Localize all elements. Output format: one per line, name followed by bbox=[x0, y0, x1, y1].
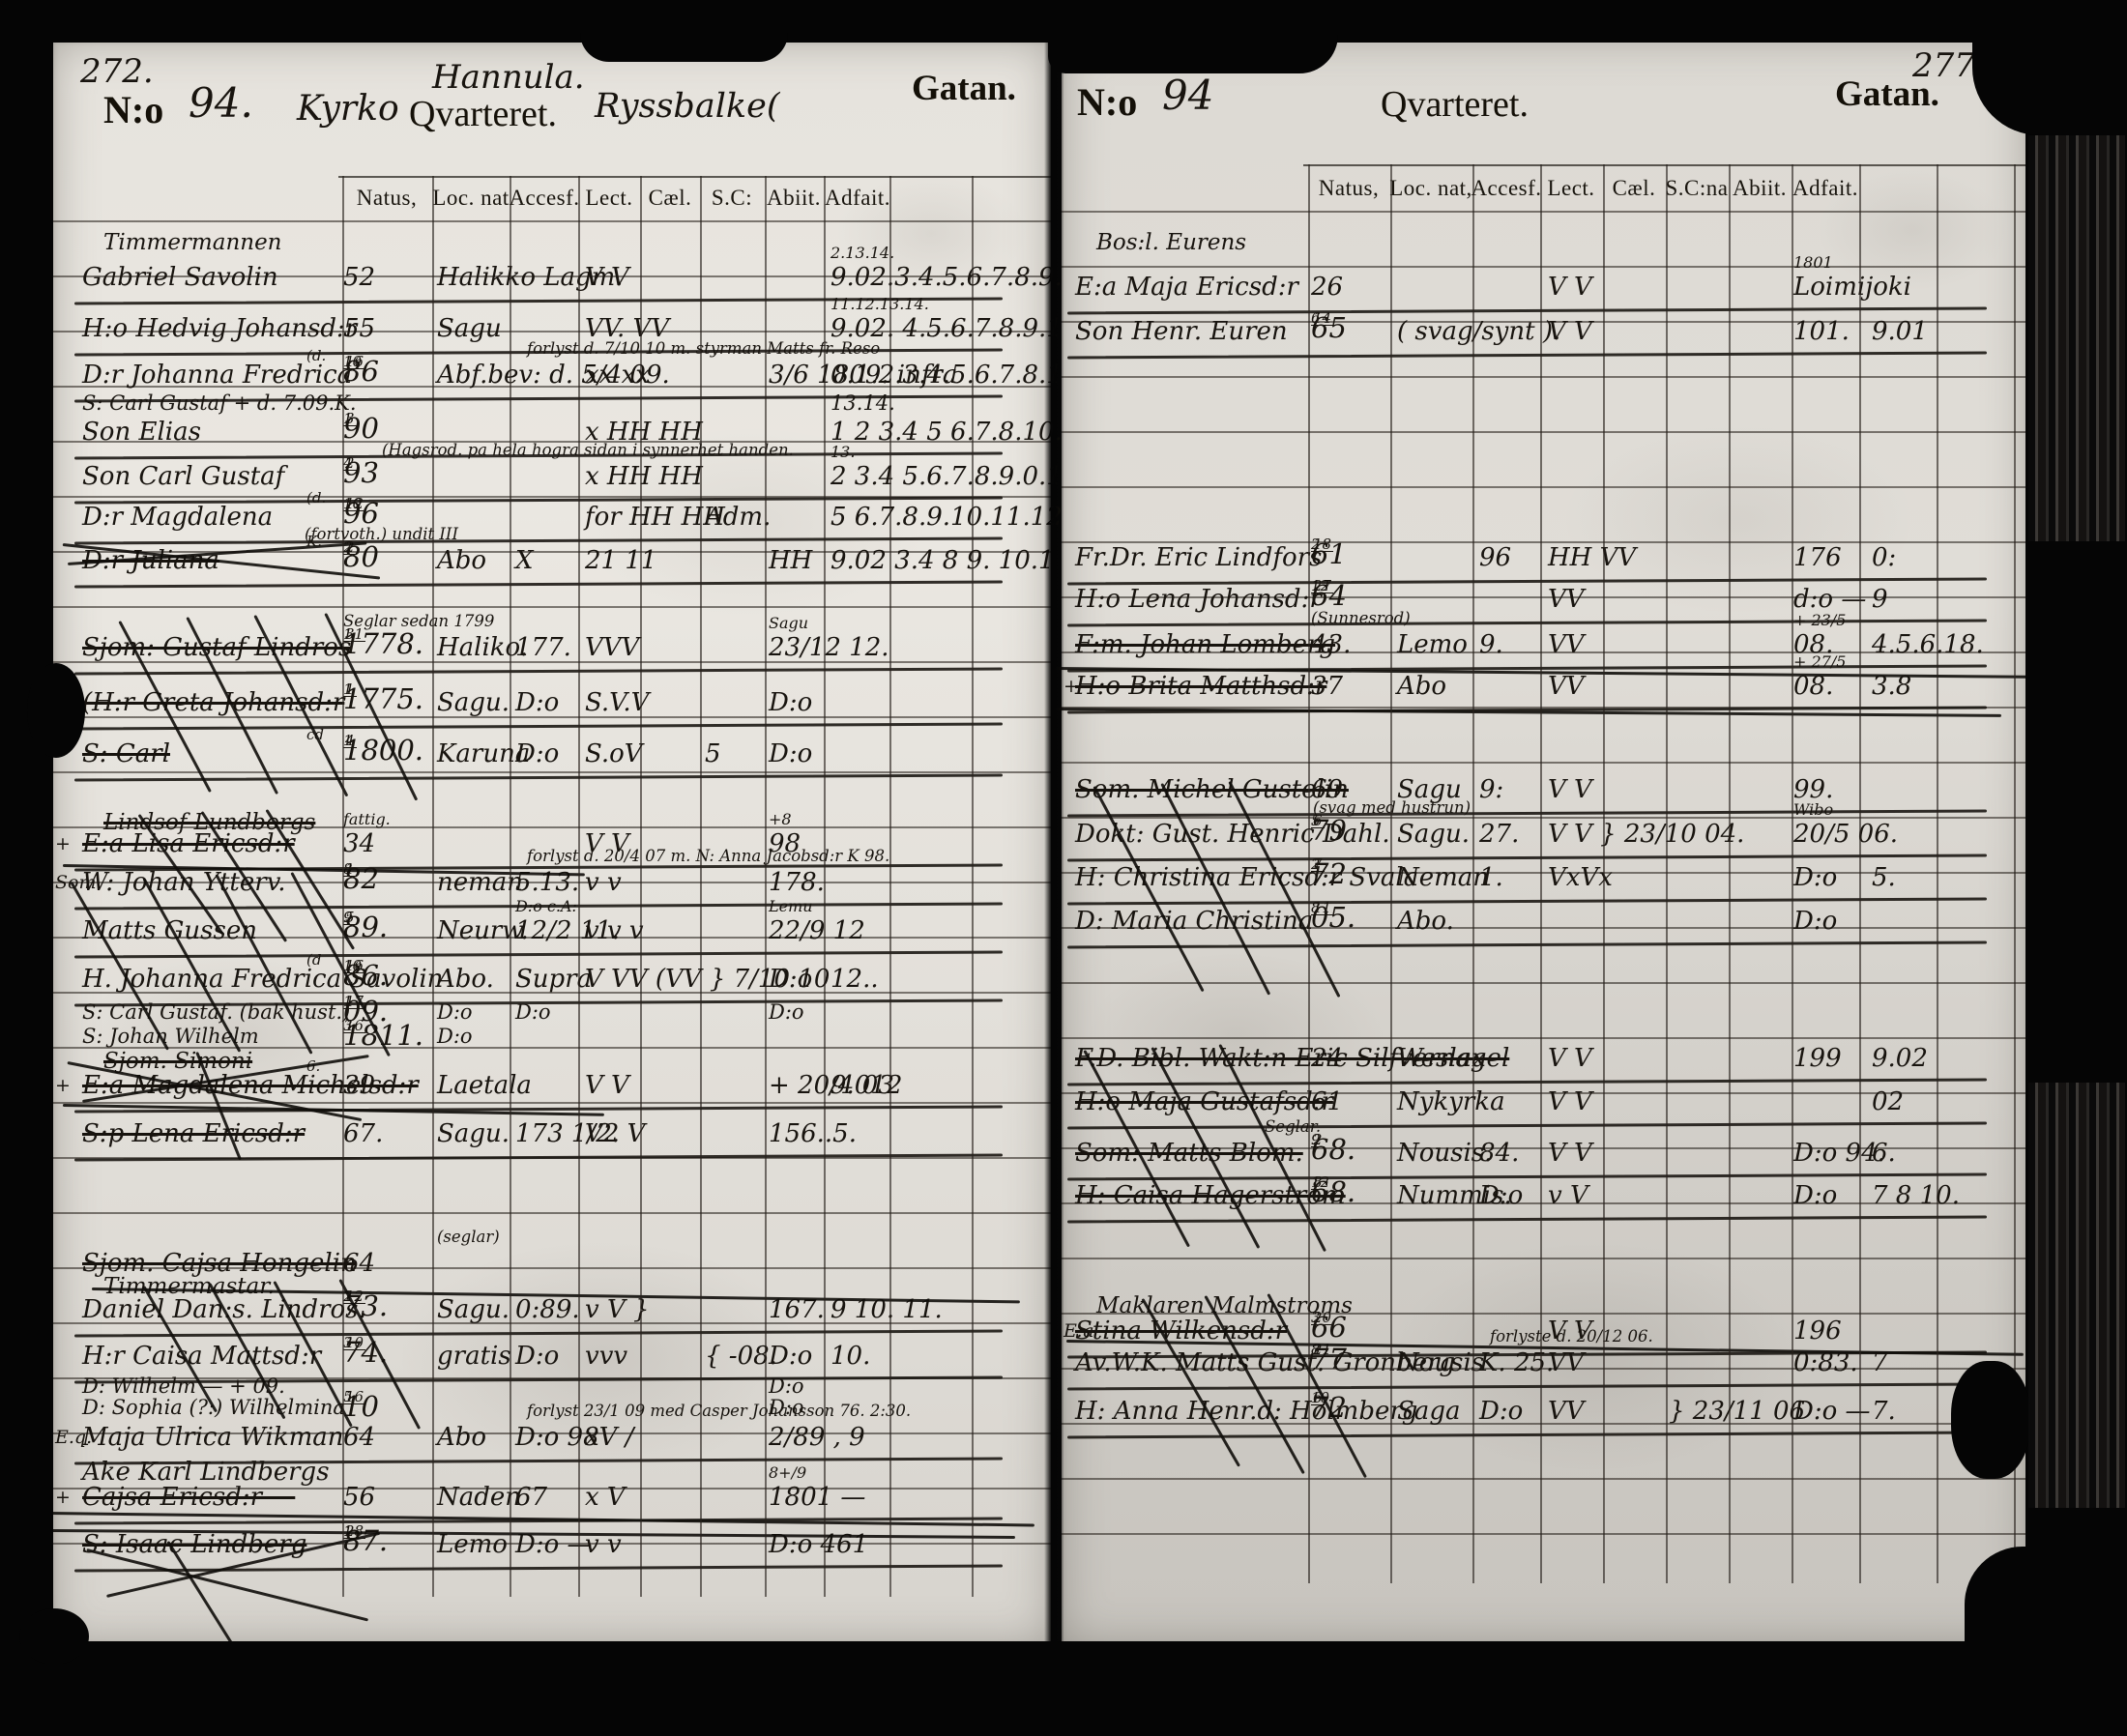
grid-vline bbox=[765, 176, 767, 1597]
cell: forlyste d. 20/12 06. bbox=[1490, 1327, 1653, 1345]
cell: Sagu bbox=[769, 614, 808, 632]
cell: V V bbox=[585, 1071, 629, 1100]
column-header: Lect. bbox=[585, 186, 632, 211]
cell: Saga bbox=[1397, 1397, 1460, 1426]
cell: D:o bbox=[769, 1000, 804, 1024]
cell: VVV bbox=[585, 633, 639, 662]
column-header: Natus, bbox=[1319, 176, 1379, 201]
cell: Sagu. bbox=[1397, 820, 1470, 849]
name-cell: D: Wilhelm — + 09. bbox=[82, 1374, 285, 1398]
column-header: Abiit. bbox=[767, 186, 821, 211]
cell: (d. bbox=[306, 489, 326, 506]
column-header: S.C:na bbox=[1666, 176, 1729, 201]
name-cell: S: Carl Gustaf + d. 7.09.K. bbox=[82, 391, 357, 415]
cell: D:o bbox=[1793, 1181, 1837, 1210]
film-blob-left-bottom bbox=[19, 1608, 89, 1664]
column-header: Accesf. bbox=[1471, 176, 1541, 201]
cell: 26 bbox=[1311, 273, 1343, 302]
grid-vline bbox=[1308, 164, 1310, 1583]
cell: Lemo bbox=[1397, 630, 1468, 659]
entry-underline bbox=[1067, 1383, 1987, 1391]
cell: Sagu. bbox=[437, 688, 510, 717]
column-header: Loc. nat, bbox=[1389, 176, 1472, 201]
cell: V V bbox=[1548, 1139, 1592, 1168]
cell: Abo bbox=[1397, 672, 1446, 701]
cell: (fortvoth.) undit III bbox=[305, 525, 458, 543]
cell: + bbox=[55, 1075, 71, 1096]
cell: Adm. bbox=[705, 503, 771, 532]
cell: V V bbox=[1548, 1087, 1592, 1116]
cell: 9.01 bbox=[1872, 317, 1928, 346]
grid-vline bbox=[1729, 164, 1731, 1583]
cell: V V } 23/10 04. bbox=[1548, 820, 1744, 849]
cell: V V bbox=[1548, 775, 1592, 804]
cell: Lemu bbox=[769, 897, 813, 915]
cell: Supra bbox=[515, 965, 592, 994]
cell: 0:89. bbox=[515, 1295, 580, 1324]
cell: + 27/5 bbox=[1793, 652, 1846, 671]
page-number: 272. bbox=[80, 52, 154, 91]
cell: Sagu. bbox=[437, 1295, 510, 1324]
column-header: Adfait. bbox=[825, 186, 890, 211]
name-cell: H:r Caisa Mattsd:r bbox=[82, 1342, 321, 1371]
cell: 39 bbox=[343, 1071, 375, 1100]
cell: D:o bbox=[515, 1342, 559, 1371]
cell: V2 V bbox=[585, 1119, 645, 1148]
street-label: Gatan. bbox=[912, 68, 1016, 109]
name-cell: D:r Magdalena bbox=[82, 503, 273, 532]
cell: 61 bbox=[1311, 1087, 1343, 1116]
cell: } 23/11 06 bbox=[1669, 1397, 1805, 1426]
film-blob-left-mid bbox=[27, 663, 85, 758]
cell: 7. bbox=[1872, 1397, 1896, 1426]
entry-underline bbox=[1067, 854, 1987, 862]
entry-underline bbox=[1067, 1173, 1987, 1181]
entry-underline bbox=[1067, 810, 1987, 818]
column-header: Cæl. bbox=[649, 186, 692, 211]
grid-topline bbox=[1303, 164, 2030, 166]
cell: + bbox=[55, 833, 71, 854]
cell: 1. bbox=[1479, 863, 1503, 892]
cell: Sagu bbox=[437, 314, 502, 343]
cell: Nykyrka bbox=[1397, 1087, 1505, 1116]
name-cell: E:a Maja Ericsd:r bbox=[1075, 273, 1298, 302]
cell: D:o bbox=[769, 1342, 812, 1371]
cell: Abo bbox=[437, 1423, 486, 1452]
cell: 9.02 bbox=[1872, 1044, 1928, 1073]
cell: ( svag/synt ). bbox=[1397, 317, 1560, 346]
cell: S.oV bbox=[585, 739, 643, 768]
cell: Nousis. bbox=[1397, 1139, 1492, 1168]
cell: 27. bbox=[1479, 820, 1519, 849]
name-cell: E:a Lisa Ericsd:r bbox=[82, 829, 295, 858]
column-header: S.C: bbox=[712, 186, 752, 211]
cell: Seglar sedan 1799 bbox=[343, 612, 494, 630]
cell: 5. bbox=[1872, 863, 1896, 892]
cell: Laetala bbox=[437, 1071, 532, 1100]
name-cell: S: Carl bbox=[82, 739, 170, 768]
name-cell: Gabriel Savolin bbox=[82, 263, 278, 292]
cell: 24 bbox=[1311, 1044, 1343, 1073]
film-top-bump bbox=[580, 0, 788, 62]
name-cell: Timmermannen bbox=[103, 230, 282, 255]
no-value: 94 bbox=[1162, 72, 1213, 119]
film-streaks-lower bbox=[2028, 1083, 2125, 1508]
grid-vline bbox=[1666, 164, 1668, 1583]
cell: 43. bbox=[1311, 630, 1351, 659]
grid-topline bbox=[338, 176, 1051, 178]
cell: 6. bbox=[1872, 1139, 1896, 1168]
table-grid bbox=[1062, 211, 2028, 1583]
cell: 67 bbox=[515, 1483, 547, 1512]
cell: D:o bbox=[515, 688, 559, 717]
cell: 9. bbox=[1479, 630, 1503, 659]
cell: xV / bbox=[585, 1423, 633, 1452]
page-gutter bbox=[1044, 39, 1063, 1643]
grid-vline bbox=[1603, 164, 1605, 1583]
cell: 67. bbox=[343, 1119, 383, 1148]
name-cell: Fr.Dr. Eric Lindfors bbox=[1075, 543, 1322, 572]
cell: Naden bbox=[437, 1483, 521, 1512]
cell: Loimijoki bbox=[1793, 273, 1911, 302]
film-gutter-wedge bbox=[1048, 0, 1338, 73]
cell: 22/9 12 bbox=[769, 916, 865, 945]
entry-underline bbox=[1067, 1122, 1987, 1130]
cell: 176 bbox=[1793, 543, 1842, 572]
grid-vline bbox=[510, 176, 511, 1597]
cell: 4.5.6.18. bbox=[1872, 630, 1984, 659]
cell: Sagu. bbox=[437, 1119, 510, 1148]
cell: (d. bbox=[306, 347, 326, 364]
cell: (seglar) bbox=[437, 1228, 500, 1246]
cell: D:o bbox=[515, 1000, 551, 1024]
cell: 5 bbox=[705, 739, 721, 768]
cell: (Hagsrod. pa hela hogra sidan i synnerhe… bbox=[382, 441, 794, 459]
cell: D:o bbox=[515, 739, 559, 768]
cell: 56 bbox=[343, 1483, 375, 1512]
column-header: Cæl. bbox=[1613, 176, 1656, 201]
name-cell: H:o Lena Johansd:r bbox=[1075, 585, 1322, 614]
film-edge-bottom bbox=[0, 1641, 2127, 1736]
cell: 199 bbox=[1793, 1044, 1842, 1073]
film-edge-left bbox=[0, 0, 53, 1736]
film-blob-right bbox=[1951, 1361, 2030, 1479]
entry-underline bbox=[74, 1153, 1003, 1161]
cell: 177. bbox=[515, 633, 571, 662]
cell: VV bbox=[1548, 630, 1585, 659]
cell: 9: bbox=[1479, 775, 1503, 804]
entry-underline bbox=[1067, 352, 1987, 360]
cell: D:o c.A: bbox=[515, 897, 577, 915]
cell: 2/89 , 9 bbox=[769, 1423, 865, 1452]
cell: K. 25. bbox=[1479, 1348, 1554, 1377]
entry-underline bbox=[74, 773, 1003, 781]
cell: 37 bbox=[1311, 672, 1343, 701]
cell: v v bbox=[585, 868, 622, 897]
cell: VV bbox=[1548, 672, 1585, 701]
name-cell: H. Johanna Fredrica Savolin bbox=[82, 965, 443, 994]
street-handwritten: Ryssbalke( bbox=[595, 87, 779, 126]
cell: Abo bbox=[437, 546, 486, 575]
entry-underline bbox=[74, 536, 1003, 544]
cell: 96 bbox=[1479, 543, 1511, 572]
name-cell: F:m. Johan Lomberg bbox=[1075, 630, 1335, 659]
entry-underline bbox=[74, 580, 1003, 588]
cell: + bbox=[55, 1487, 71, 1508]
cell: 64 bbox=[343, 1423, 375, 1452]
name-cell: S:p Lena Ericsd:r bbox=[82, 1119, 305, 1148]
entry-underline bbox=[1067, 941, 1987, 949]
cell: HH bbox=[769, 546, 812, 575]
cell: x V bbox=[585, 1483, 626, 1512]
grid-vline bbox=[972, 176, 974, 1597]
quarter-handwritten: Kyrko bbox=[297, 89, 399, 129]
column-header: Accesf. bbox=[509, 186, 579, 211]
name-cell: Son Carl Gustaf bbox=[82, 462, 284, 491]
cell: D:o bbox=[437, 1025, 473, 1048]
column-header: Abiit. bbox=[1733, 176, 1787, 201]
cell: 11.12.13.14. bbox=[830, 295, 929, 313]
name-cell: H: Anna Henr.d: Holmberg bbox=[1075, 1397, 1417, 1426]
cell: 55 bbox=[343, 314, 375, 343]
quarter-label: Qvarteret. bbox=[409, 93, 557, 135]
cell: 7 8 10. bbox=[1872, 1181, 1960, 1210]
cell: D:o bbox=[1479, 1397, 1523, 1426]
cell: X bbox=[515, 546, 534, 575]
entry-underline bbox=[1067, 578, 1987, 586]
grid-vline bbox=[342, 176, 344, 1597]
name-cell: H:o Hedvig Johansd:r bbox=[82, 314, 357, 343]
cell: d:o — bbox=[1793, 585, 1866, 614]
cell: 10. bbox=[830, 1342, 870, 1371]
cell: 178. bbox=[769, 868, 825, 897]
cell: 196 bbox=[1793, 1316, 1842, 1345]
cell: 64 bbox=[343, 1249, 375, 1278]
cell: 20/5 06. bbox=[1793, 820, 1898, 849]
grid-vline bbox=[432, 176, 434, 1597]
cell: D:o bbox=[769, 739, 812, 768]
quarter-name-above: Hannula. bbox=[432, 58, 585, 97]
cell: 156..5. bbox=[769, 1119, 857, 1148]
cell: Nousis bbox=[1397, 1348, 1484, 1377]
column-header: Natus, bbox=[357, 186, 417, 211]
scanned-ledger-spread: 272. N:o 94. Kyrko Hannula. Qvarteret. R… bbox=[0, 0, 2127, 1736]
column-header: Lect. bbox=[1547, 176, 1594, 201]
cell: V V bbox=[585, 263, 629, 292]
name-cell: D:r Johanna Fredrica bbox=[82, 361, 352, 390]
cell: 0.1.2.3.4.5.6.7.8.10 bbox=[830, 361, 1078, 390]
film-corner-bottom-right bbox=[1965, 1547, 2127, 1663]
street-label: Gatan. bbox=[1835, 73, 1939, 115]
grid-vline bbox=[889, 176, 891, 1597]
cell: 12.. bbox=[830, 965, 879, 994]
cell: Wibo bbox=[1793, 800, 1833, 819]
cell: + 23/5 bbox=[1793, 611, 1846, 629]
film-streaks-upper bbox=[2028, 135, 2125, 541]
cell: VV bbox=[1548, 585, 1585, 614]
grid-vline bbox=[578, 176, 580, 1597]
cell: v V bbox=[1548, 1181, 1588, 1210]
name-cell: D: Maria Christina bbox=[1075, 907, 1313, 936]
cell: forlyst d. 20/4 07 m. N: Anna Jacobsd:r … bbox=[527, 847, 889, 865]
no-label: N:o bbox=[1077, 79, 1137, 125]
entry-underline bbox=[74, 1329, 1003, 1337]
name-cell: Matts Gussen bbox=[82, 916, 257, 945]
cell: 21 11 bbox=[585, 546, 656, 575]
grid-vline bbox=[1859, 164, 1861, 1583]
column-header: Adfait. bbox=[1792, 176, 1858, 201]
grid-vline bbox=[824, 176, 826, 1597]
grid-vline bbox=[700, 176, 702, 1597]
cell: VV bbox=[1548, 1397, 1585, 1426]
cell: 1801 bbox=[1793, 253, 1833, 272]
name-cell: Son Elias bbox=[82, 418, 201, 447]
name-cell: H:o Brita Matthsd:r bbox=[1075, 672, 1326, 701]
column-header: Loc. nat bbox=[432, 186, 509, 211]
grid-vline bbox=[640, 176, 642, 1597]
cell: 02 bbox=[1872, 1087, 1904, 1116]
grid-vline bbox=[1390, 164, 1392, 1583]
cell: V V bbox=[1548, 1044, 1592, 1073]
cell: D:o bbox=[437, 1000, 473, 1024]
cell: (d bbox=[306, 951, 321, 969]
cell: fattig. bbox=[343, 810, 391, 828]
cell: V V bbox=[1548, 317, 1592, 346]
grid-vline bbox=[1937, 164, 1938, 1583]
cell: gratis bbox=[437, 1342, 511, 1371]
cell: 9.02 3.4 8 9. 10.1 bbox=[830, 546, 1055, 575]
film-corner-top-right bbox=[1972, 0, 2127, 135]
no-value: 94. bbox=[189, 79, 253, 127]
cell: 2 3.4 5.6.7.8.9.0.12 bbox=[830, 462, 1078, 491]
cell: 84. bbox=[1479, 1139, 1519, 1168]
entry-underline bbox=[1067, 1432, 1987, 1439]
cell: D:o bbox=[769, 688, 812, 717]
right-page: N:o 94 Qvarteret. 277. Gatan. Natus,Loc.… bbox=[1062, 37, 2028, 1645]
name-cell: H: Caisa Hagerstrom bbox=[1075, 1181, 1346, 1210]
cell: x HH HH bbox=[585, 462, 703, 491]
cell: D:o bbox=[1793, 907, 1837, 936]
cell: 1801 — bbox=[769, 1483, 865, 1512]
cell: VV bbox=[1548, 1348, 1585, 1377]
cell: (Sunnesrod) bbox=[1311, 609, 1411, 627]
cell: 52 bbox=[343, 263, 375, 292]
cell: D:o bbox=[1479, 1181, 1523, 1210]
cell: HH VV bbox=[1548, 543, 1636, 572]
strike-line bbox=[86, 1548, 368, 1621]
cell: v v v bbox=[585, 916, 644, 945]
no-label: N:o bbox=[103, 87, 163, 132]
cell: Seglar. bbox=[1265, 1117, 1321, 1136]
cell: 23/12 12. bbox=[769, 633, 889, 662]
cell: D:o bbox=[1793, 863, 1837, 892]
quarter-label: Qvarteret. bbox=[1381, 83, 1529, 126]
cell: 34 bbox=[343, 829, 375, 858]
entry-underline bbox=[74, 722, 1003, 730]
name-cell: Cajsa Ericsd:r — bbox=[82, 1483, 295, 1512]
grid-vline bbox=[1472, 164, 1474, 1583]
name-cell: Bos:l. Eurens bbox=[1096, 230, 1246, 255]
grid-vline bbox=[1792, 164, 1793, 1583]
cell: 101. bbox=[1793, 317, 1850, 346]
cell: vvv bbox=[585, 1342, 627, 1371]
cell: 9.012 bbox=[830, 1071, 902, 1100]
cell: V V bbox=[1548, 273, 1592, 302]
cell: +8 bbox=[769, 810, 792, 828]
cell: Haliko. bbox=[437, 633, 528, 662]
entry-underline bbox=[1067, 1079, 1987, 1086]
cell: 13. bbox=[830, 443, 855, 461]
entry-underline bbox=[1067, 620, 1987, 627]
name-cell: Sjom: Gustaf Lindros bbox=[82, 633, 351, 662]
entry-underline bbox=[1067, 1216, 1987, 1224]
entry-underline bbox=[74, 950, 1003, 958]
cell: 8+/9 bbox=[769, 1463, 806, 1482]
name-cell: Maja Ulrica Wikman bbox=[82, 1423, 344, 1452]
cell: Neman bbox=[1397, 863, 1489, 892]
name-cell: H: Christina Ericsd:r Svala bbox=[1075, 863, 1418, 892]
cell: 13.14. bbox=[830, 391, 895, 415]
name-cell: Son Henr. Euren bbox=[1075, 317, 1288, 346]
cell: D:o bbox=[769, 1374, 804, 1398]
entry-underline bbox=[1067, 307, 1987, 315]
cell: 0: bbox=[1872, 543, 1896, 572]
grid-vline bbox=[1540, 164, 1542, 1583]
left-page: 272. N:o 94. Kyrko Hannula. Qvarteret. R… bbox=[53, 41, 1051, 1645]
cell: D:o bbox=[769, 965, 812, 994]
cell: 2.13.14. bbox=[830, 244, 894, 262]
cell: Abo. bbox=[437, 965, 494, 994]
cell: 9 bbox=[1872, 585, 1888, 614]
cell: Abo. bbox=[1397, 907, 1454, 936]
cell: forlyst 23/1 09 med Casper Johansson 76.… bbox=[527, 1402, 911, 1420]
entry-underline bbox=[1067, 898, 1987, 906]
